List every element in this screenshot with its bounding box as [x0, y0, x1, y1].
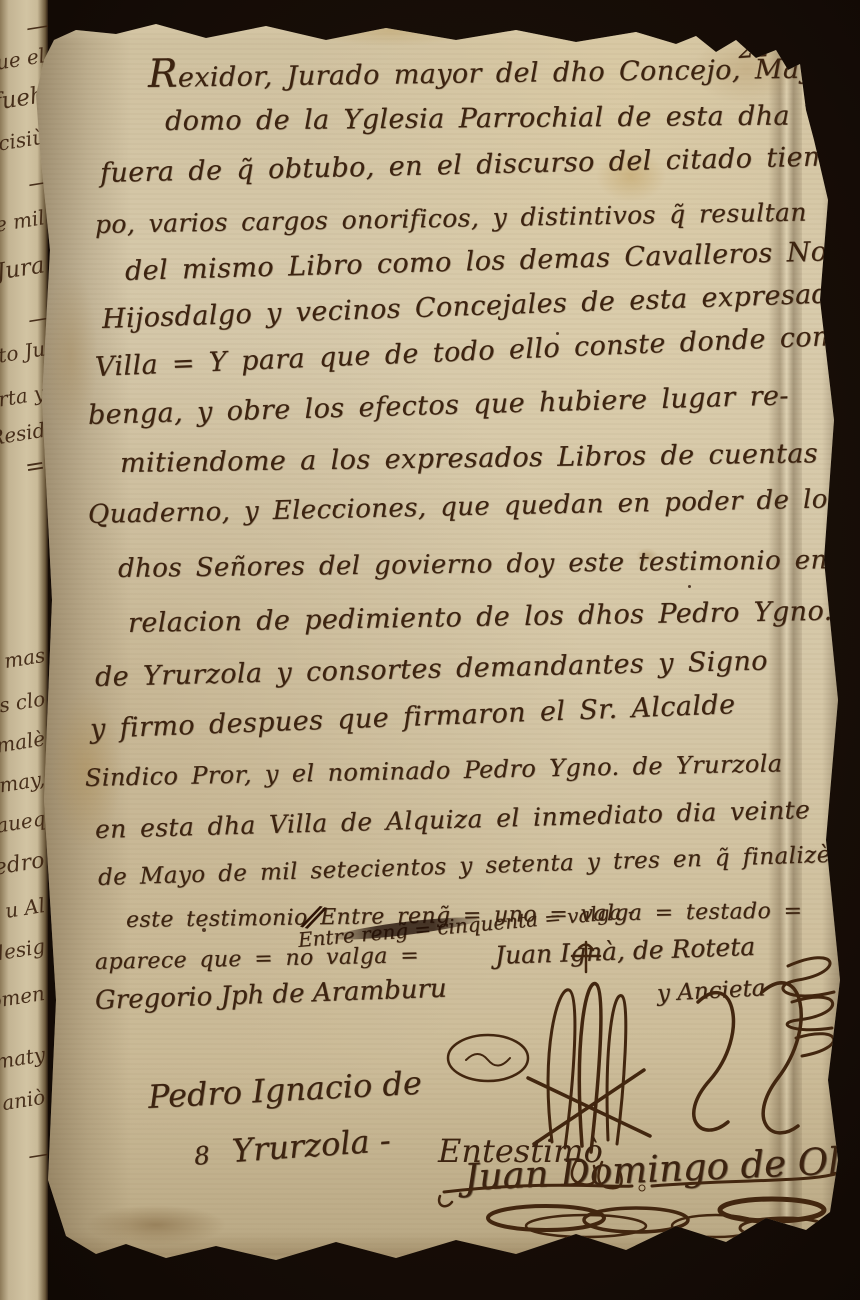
- manuscript-line: domo de la Yglesia Parrochial de esta dh…: [165, 100, 860, 137]
- manuscript-line: dhos Señores del govierno doy este testi…: [118, 545, 828, 584]
- edge-fragment: aniò: [0, 1085, 46, 1115]
- edge-fragment: —: [26, 302, 48, 333]
- edge-fragment: maty: [0, 1042, 47, 1074]
- edge-fragment: comen: [0, 981, 46, 1015]
- edge-fragment: Jura: [0, 252, 47, 285]
- manuscript-line: del mismo Libro como los demas Cavallero…: [125, 235, 860, 287]
- manuscript-page: 22 Rexidor, Jurado mayor del dho Concejo…: [36, 0, 848, 1280]
- manuscript-photo: { "page": { "number": "22" }, "document"…: [0, 0, 860, 1300]
- previous-page-edge: — que el fueh cisiù — de mil Jura — to J…: [0, 0, 48, 1300]
- edge-fragment: desig: [0, 934, 47, 966]
- manuscript-line: fuera de q̃ obtubo, en el discurso del c…: [100, 141, 839, 189]
- manuscript-line: y firmo despues que firmaron el Sr. Alca…: [89, 689, 736, 745]
- edge-fragment: —: [26, 1138, 48, 1169]
- edge-fragment: s clo: [0, 687, 47, 718]
- edge-fragment: may,: [0, 767, 47, 798]
- olola-underline-flourish: [466, 1192, 846, 1262]
- edge-fragment: Resid: [0, 418, 47, 451]
- manuscript-line: Quaderno, y Elecciones, que quedan en po…: [88, 484, 842, 530]
- edge-fragment: —: [24, 10, 48, 41]
- edge-fragment: u Al: [3, 893, 46, 923]
- manuscript-line: de Yrurzola y consortes demandantes y Si…: [95, 646, 769, 693]
- manuscript-line: aparece que = no valga =: [95, 943, 420, 975]
- manuscript-line: de Mayo de mil setecientos y setenta y t…: [98, 842, 831, 891]
- edge-fragment: aueq: [0, 806, 47, 837]
- edge-fragment: mas: [2, 643, 46, 673]
- manuscript-line: en esta dha Villa de Alquiza el inmediat…: [95, 795, 811, 844]
- manuscript-line: Sindico Pror, y el nominado Pedro Ygno. …: [85, 749, 783, 792]
- manuscript-line: relacion de pedimiento de los dhos Pedro…: [128, 596, 833, 639]
- edge-fragment: Pedro: [0, 848, 47, 883]
- edge-fragment: rta y: [0, 380, 47, 411]
- manuscript-line: mitiendome a los expresados Libros de cu…: [120, 438, 818, 479]
- signature-pedro-flourish: 8: [192, 1140, 211, 1171]
- edge-fragment: que el: [0, 43, 46, 76]
- edge-fragment: =: [23, 451, 47, 482]
- manuscript-line: po, varios cargos onorificos, y distinti…: [95, 198, 807, 239]
- edge-fragment: malè: [0, 726, 47, 757]
- manuscript-line: benga, y obre los efectos que hubiere lu…: [88, 380, 790, 431]
- manuscript-line: Rexidor, Jurado mayor del dho Concejo, M…: [148, 42, 855, 97]
- edge-fragment: to Ju: [0, 336, 47, 367]
- notarial-sign-text: Entestimò: [437, 1132, 603, 1170]
- edge-fragment: de mil: [0, 205, 46, 239]
